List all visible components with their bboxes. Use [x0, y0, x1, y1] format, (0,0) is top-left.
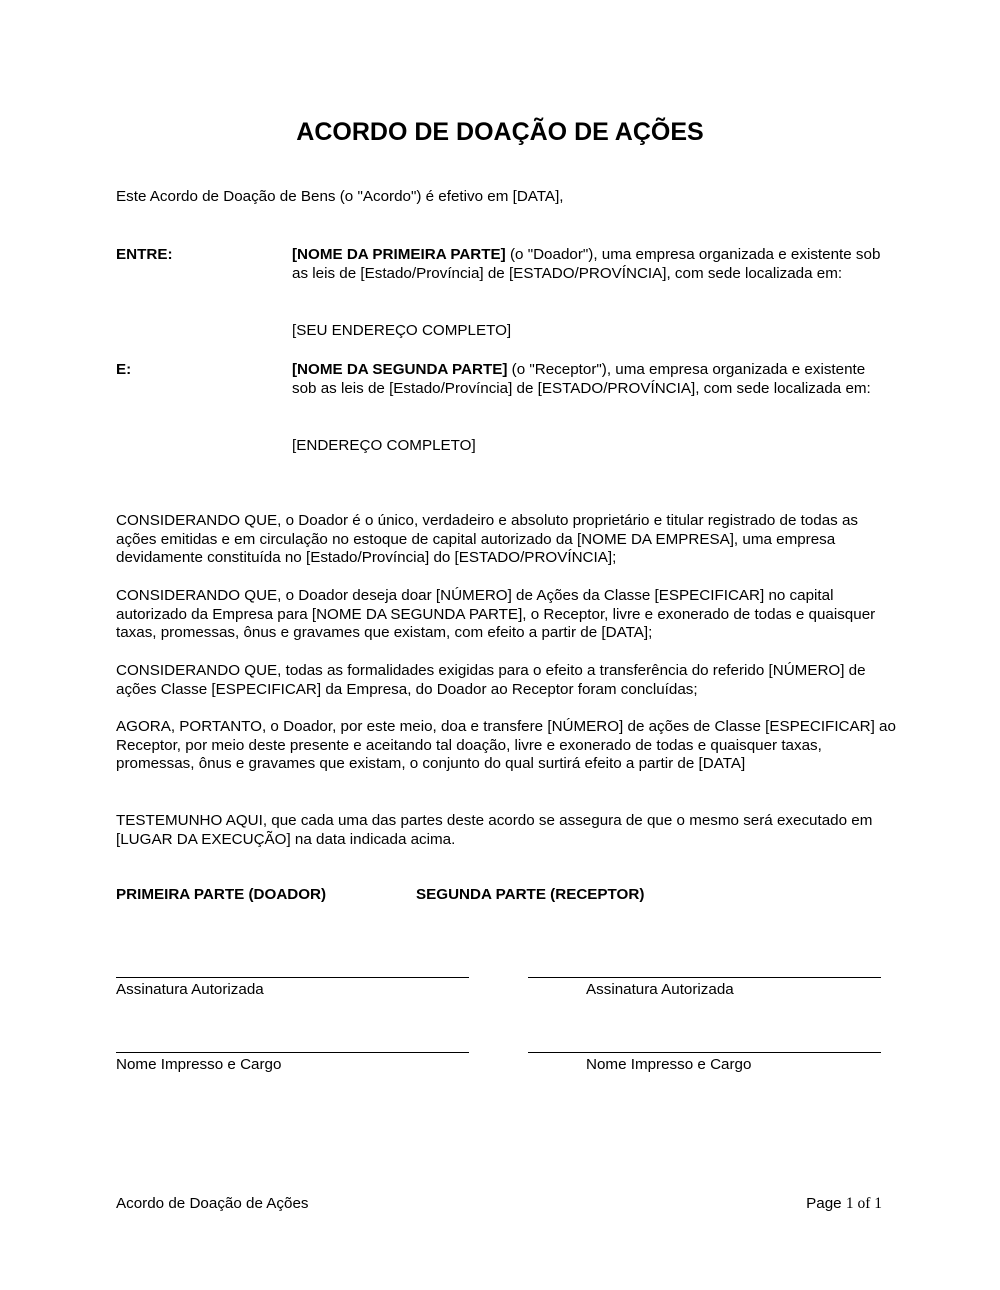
footer-document-name: Acordo de Doação de Ações: [116, 1195, 309, 1214]
party-address-first: [SEU ENDEREÇO COMPLETO]: [292, 322, 511, 341]
footer-page-number: 1: [846, 1195, 854, 1212]
recital-paragraph: CONSIDERANDO QUE, o Doador deseja doar […: [116, 587, 896, 643]
first-party-signature-line: [116, 977, 469, 978]
second-party-name-line: [528, 1052, 881, 1053]
footer-page-total: 1: [874, 1195, 882, 1212]
first-party-name-label: Nome Impresso e Cargo: [116, 1056, 281, 1075]
first-party-signature-heading: PRIMEIRA PARTE (DOADOR): [116, 886, 326, 905]
recital-paragraph: CONSIDERANDO QUE, todas as formalidades …: [116, 662, 896, 699]
party-address-second: [ENDEREÇO COMPLETO]: [292, 437, 476, 456]
party-label-first: ENTRE:: [116, 246, 173, 265]
party-name-second: [NOME DA SEGUNDA PARTE]: [292, 361, 507, 378]
first-party-signature-label: Assinatura Autorizada: [116, 981, 264, 1000]
second-party-signature-heading: SEGUNDA PARTE (RECEPTOR): [416, 886, 644, 905]
party-label-second: E:: [116, 361, 131, 380]
footer-page-word: Page: [806, 1195, 846, 1212]
first-party-name-line: [116, 1052, 469, 1053]
document-page: ACORDO DE DOAÇÃO DE AÇÕES Este Acordo de…: [0, 0, 1000, 1290]
recital-paragraph: CONSIDERANDO QUE, o Doador é o único, ve…: [116, 512, 896, 568]
party-name-first: [NOME DA PRIMEIRA PARTE]: [292, 246, 506, 263]
party-desc-line1-second: (o "Receptor"), uma empresa organizada e: [507, 361, 800, 378]
document-title: ACORDO DE DOAÇÃO DE AÇÕES: [0, 118, 1000, 147]
second-party-name-label: Nome Impresso e Cargo: [586, 1056, 751, 1075]
party-description-first: [NOME DA PRIMEIRA PARTE] (o "Doador"), u…: [292, 246, 892, 283]
party-description-second: [NOME DA SEGUNDA PARTE] (o "Receptor"), …: [292, 361, 892, 398]
second-party-signature-label: Assinatura Autorizada: [586, 981, 734, 1000]
intro-paragraph: Este Acordo de Doação de Bens (o "Acordo…: [116, 188, 564, 207]
operative-paragraph: AGORA, PORTANTO, o Doador, por este meio…: [116, 718, 896, 774]
second-party-signature-line: [528, 977, 881, 978]
party-desc-line1-first: (o "Doador"), uma empresa organizada e: [506, 246, 787, 263]
footer-page-indicator: Page 1 of 1: [806, 1195, 882, 1214]
footer-of-word: of: [854, 1195, 875, 1212]
witness-paragraph: TESTEMUNHO AQUI, que cada uma das partes…: [116, 812, 896, 849]
